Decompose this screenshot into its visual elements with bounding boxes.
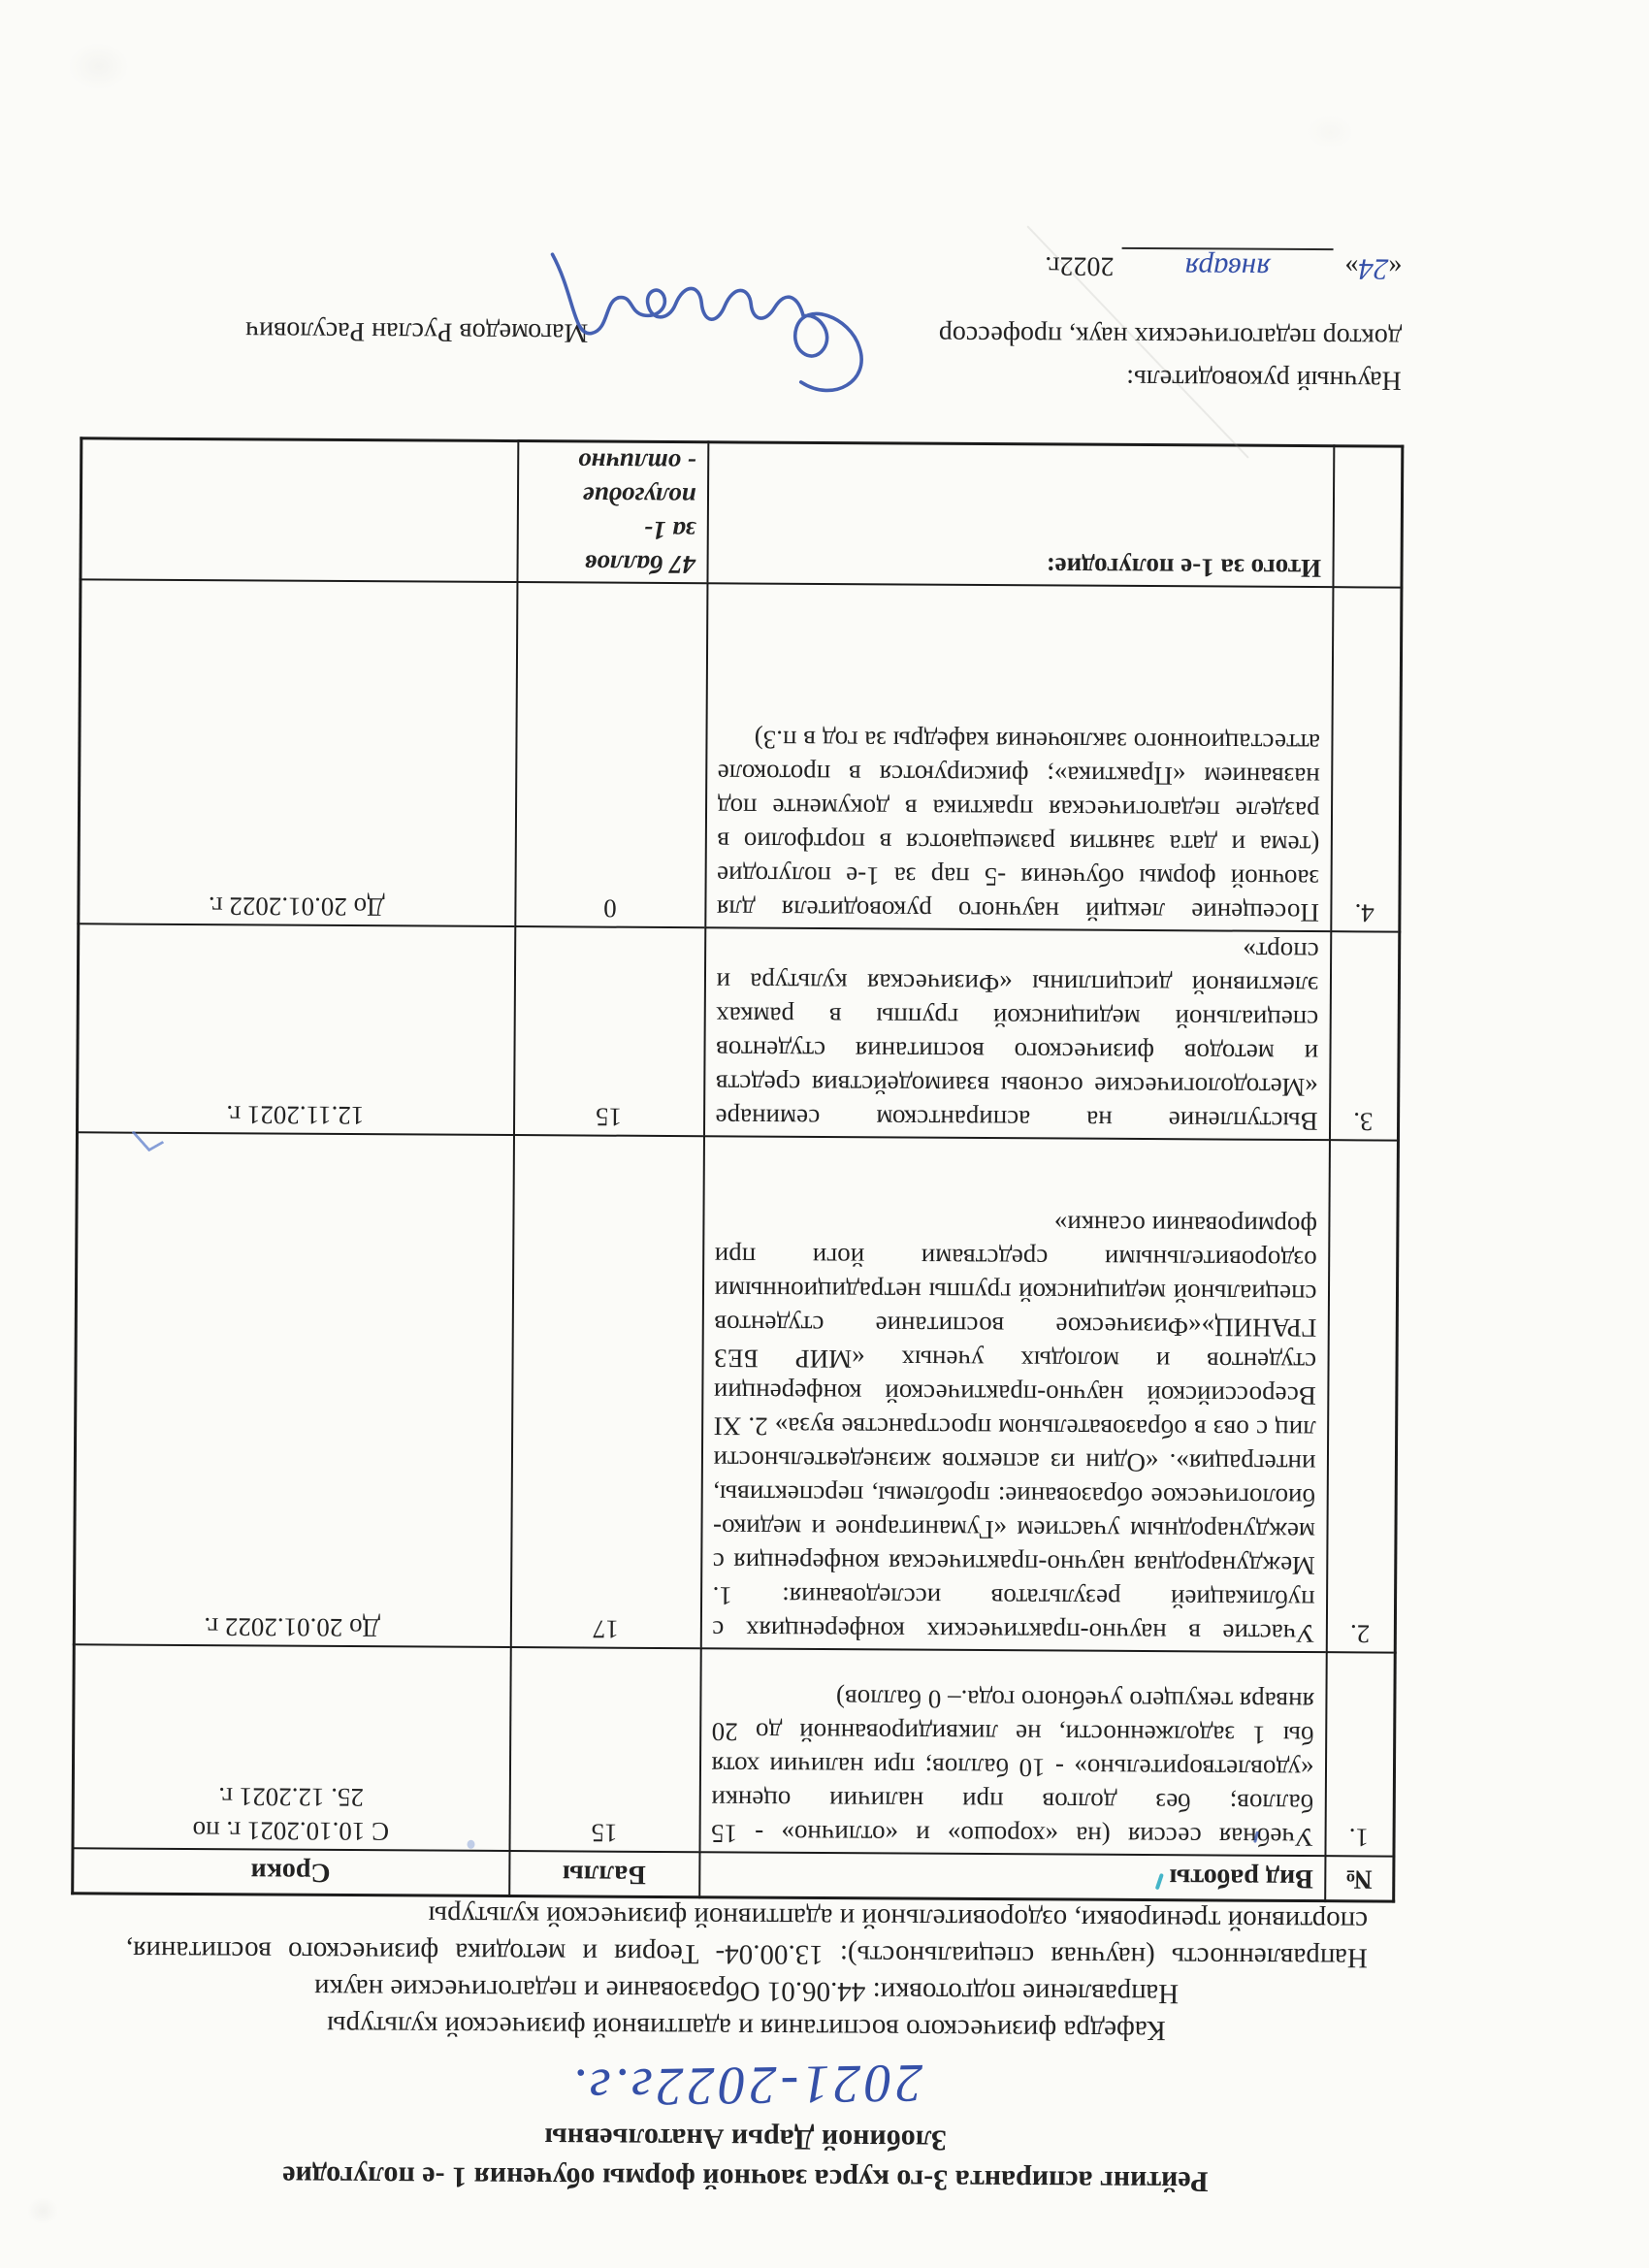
row1-term: С 10.10.2021 г. по 25. 12.2021 г. xyxy=(73,1645,511,1852)
supervisor-name: Магомедов Руслан Расулович xyxy=(245,312,589,349)
row3-work: Выступление на аспирантском семинаре «Ме… xyxy=(704,928,1331,1141)
signature-block: Научный руководитель: доктор педагогичес… xyxy=(82,240,1403,397)
table-total-row: Итого за 1-е полугодие: 47 баллов за 1- … xyxy=(81,438,1403,588)
date-year: 2022г. xyxy=(1045,250,1115,280)
row4-work: Посещение лекций научного руководителя д… xyxy=(706,584,1334,932)
table-row: 4. Посещение лекций научного руководител… xyxy=(79,580,1402,932)
col-header-points: Баллы xyxy=(510,1852,700,1897)
specialty-line: Направленность (научная специальность): … xyxy=(126,1895,1368,1977)
row2-points: 17 xyxy=(511,1136,704,1649)
upside-down-document: Рейтинг аспиранта 3-го курса заочной фор… xyxy=(0,0,1649,2268)
table-row: 1. Учебная сессия (на «хорошо» и «отличн… xyxy=(73,1645,1395,1857)
scanned-page: Рейтинг аспиранта 3-го курса заочной фор… xyxy=(0,0,1649,2268)
row4-points: 0 xyxy=(516,583,708,928)
quote-open: « xyxy=(1388,253,1402,283)
document-title: Рейтинг аспиранта 3-го курса заочной фор… xyxy=(124,2155,1366,2202)
col-header-term: Сроки xyxy=(73,1849,510,1896)
col-header-work: Вид работы xyxy=(700,1853,1326,1901)
col-header-number: № xyxy=(1326,1857,1394,1901)
total-number-cell xyxy=(1334,446,1403,588)
row4-number: 4. xyxy=(1332,588,1402,932)
supervisor-degree: доктор педагогических наук, профессор xyxy=(939,317,1402,355)
scan-smudge xyxy=(20,2191,65,2230)
table-row: 2. Участие в научно-практических конфере… xyxy=(74,1133,1398,1653)
quote-close: » xyxy=(1344,252,1358,282)
row2-work: Участие в научно-практических конференци… xyxy=(701,1137,1330,1653)
month-underline: января xyxy=(1121,247,1333,285)
total-points: 47 баллов за 1- полугодие - отлично xyxy=(518,441,709,584)
scan-smudge xyxy=(54,32,142,101)
document-header: Рейтинг аспиранта 3-го курса заочной фор… xyxy=(124,1895,1368,2202)
row1-points: 15 xyxy=(510,1648,701,1853)
table-header-row: № Вид работы Баллы Сроки xyxy=(73,1849,1394,1901)
table-row: 3. Выступление на аспирантском семинаре … xyxy=(77,924,1399,1141)
department-line: Кафедра физического воспитания и адаптив… xyxy=(125,2006,1367,2051)
handwritten-day-ink: 24 xyxy=(1358,252,1388,286)
row1-number: 1. xyxy=(1326,1653,1395,1857)
row3-points: 15 xyxy=(514,927,705,1137)
row3-term: 12.11.2021 г. xyxy=(77,924,515,1136)
handwritten-years-ink: 2021-2022г.г. xyxy=(125,2045,1368,2125)
supervisor-line: доктор педагогических наук, профессор Ма… xyxy=(82,311,1402,354)
direction-line: Направление подготовки: 44.06.01 Образов… xyxy=(125,1969,1367,2014)
scan-smudge xyxy=(1296,108,1364,156)
row2-term: До 20.01.2022 г. xyxy=(74,1133,514,1648)
date-line: «24»января2022г. xyxy=(82,240,1402,288)
row3-number: 3. xyxy=(1330,932,1399,1141)
row2-number: 2. xyxy=(1327,1141,1398,1653)
row1-work: Учебная сессия (на «хорошо» и «отлично» … xyxy=(700,1649,1327,1857)
rating-table: № Вид работы Баллы Сроки 1. Учебная сесс… xyxy=(71,437,1404,1903)
row4-term: До 20.01.2022 г. xyxy=(79,580,518,927)
total-label: Итого за 1-е полугодие: xyxy=(708,442,1335,587)
total-term-cell xyxy=(81,438,519,582)
supervisor-label: Научный руководитель: xyxy=(82,354,1402,397)
handwritten-month-ink: января xyxy=(1184,251,1270,286)
